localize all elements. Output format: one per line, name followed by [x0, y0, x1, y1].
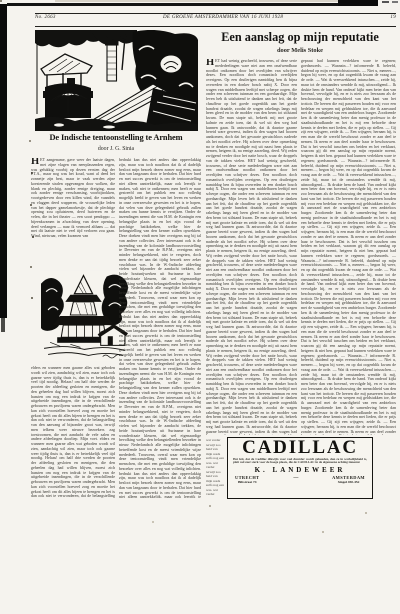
ad-street-amsterdam: Singel 450-452 — [332, 480, 365, 484]
scan-edge-top — [7, 3, 339, 6]
right-article-byline: door Melis Stoke — [204, 47, 396, 54]
ad-body-text: Het feit, dat de Cadillac dikwijls voor … — [233, 458, 367, 466]
ad-addresses: UTRECHT Biltstraat 74 — AMSTERDAM Singel… — [235, 475, 365, 484]
page-number: 19 — [390, 15, 396, 20]
ad-street-utrecht: Biltstraat 74 — [235, 480, 260, 484]
pagoda-woodcut — [40, 271, 128, 361]
masthead-rule-bottom — [35, 26, 396, 27]
right-article-column1: HET had weinig gescheeld, trouwens, of d… — [206, 59, 297, 435]
left-article-column1-bottom: elders en wanneer men gaarne alles wat g… — [31, 366, 115, 498]
left-article-column2: bedrukt kan dus niet anders dan oppervla… — [119, 158, 201, 498]
masthead: No. 2663 DE GROENE AMSTERDAMMER VAN 16 J… — [35, 15, 396, 20]
right-article-column2: gepraat had kunnen verlekken ware te reg… — [301, 59, 396, 435]
left-article-column1-top: HET aangename, gave weer der laatste dag… — [31, 158, 115, 270]
ad-dealer-name: K. LANDEWEER — [228, 466, 372, 474]
issue-number: No. 2663 — [35, 15, 56, 20]
left-article-title: De Indische tentoonstelling te Arnhem — [28, 133, 204, 142]
cadillac-advertisement: CADILLAC Het feit, dat de Cadillac dikwi… — [227, 437, 373, 499]
right-article-column1-sliver: wat verder terwijl zoo heid van mijn ree… — [206, 438, 224, 496]
scan-edge-top-thick — [338, 0, 378, 6]
right-article-title: Een aanslag op mijn reputatie — [204, 30, 396, 45]
scan-edge-dash — [392, 1, 398, 3]
scan-edge-left — [0, 4, 7, 318]
ad-address-right: AMSTERDAM Singel 450-452 — [332, 475, 365, 484]
scan-fold-line — [55, 0, 340, 2]
ad-address-left: UTRECHT Biltstraat 74 — [235, 475, 260, 484]
scan-specks — [0, 0, 2, 2]
scan-edge-dash — [382, 1, 389, 3]
masthead-title: DE GROENE AMSTERDAMMER VAN 16 JUNI 1928 — [163, 15, 283, 20]
ad-brand-name: CADILLAC — [228, 439, 372, 457]
exhibition-terrain-woodcut — [35, 30, 198, 131]
left-article-byline: door J. G. Sinia — [28, 146, 204, 152]
ad-dash: — — [293, 475, 298, 481]
masthead-rule-top — [35, 13, 396, 14]
newspaper-page: No. 2663 DE GROENE AMSTERDAMMER VAN 16 J… — [0, 0, 400, 614]
scan-edge-left-tail — [1, 318, 5, 332]
